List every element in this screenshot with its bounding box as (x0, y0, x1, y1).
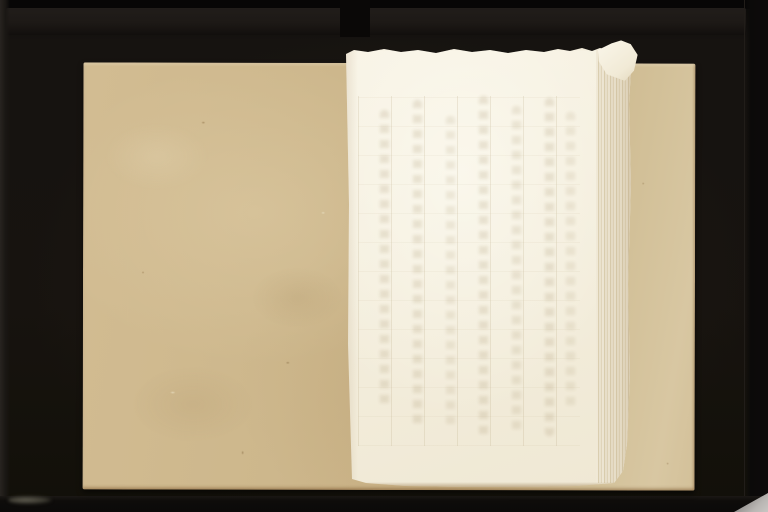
showthrough-column (545, 98, 554, 436)
frame-bottom-edge (0, 496, 768, 512)
showthrough-column (380, 110, 389, 410)
reflection-smudge (8, 496, 52, 504)
showthrough-column (512, 106, 521, 431)
frame-top-gap (340, 0, 370, 37)
showthrough-column (446, 116, 455, 426)
page-deckle-edge (346, 44, 632, 51)
photograph-of-manuscript (0, 0, 768, 512)
showthrough-column (479, 96, 488, 436)
frame-right-edge (744, 0, 768, 512)
showthrough-column (566, 112, 575, 412)
page-fore-edge-band (596, 50, 632, 483)
showthrough-text (358, 96, 580, 446)
frame-top-bar (6, 8, 746, 35)
showthrough-column (413, 100, 422, 430)
manuscript-page-stack (346, 44, 632, 487)
frame-left-edge (0, 0, 10, 512)
